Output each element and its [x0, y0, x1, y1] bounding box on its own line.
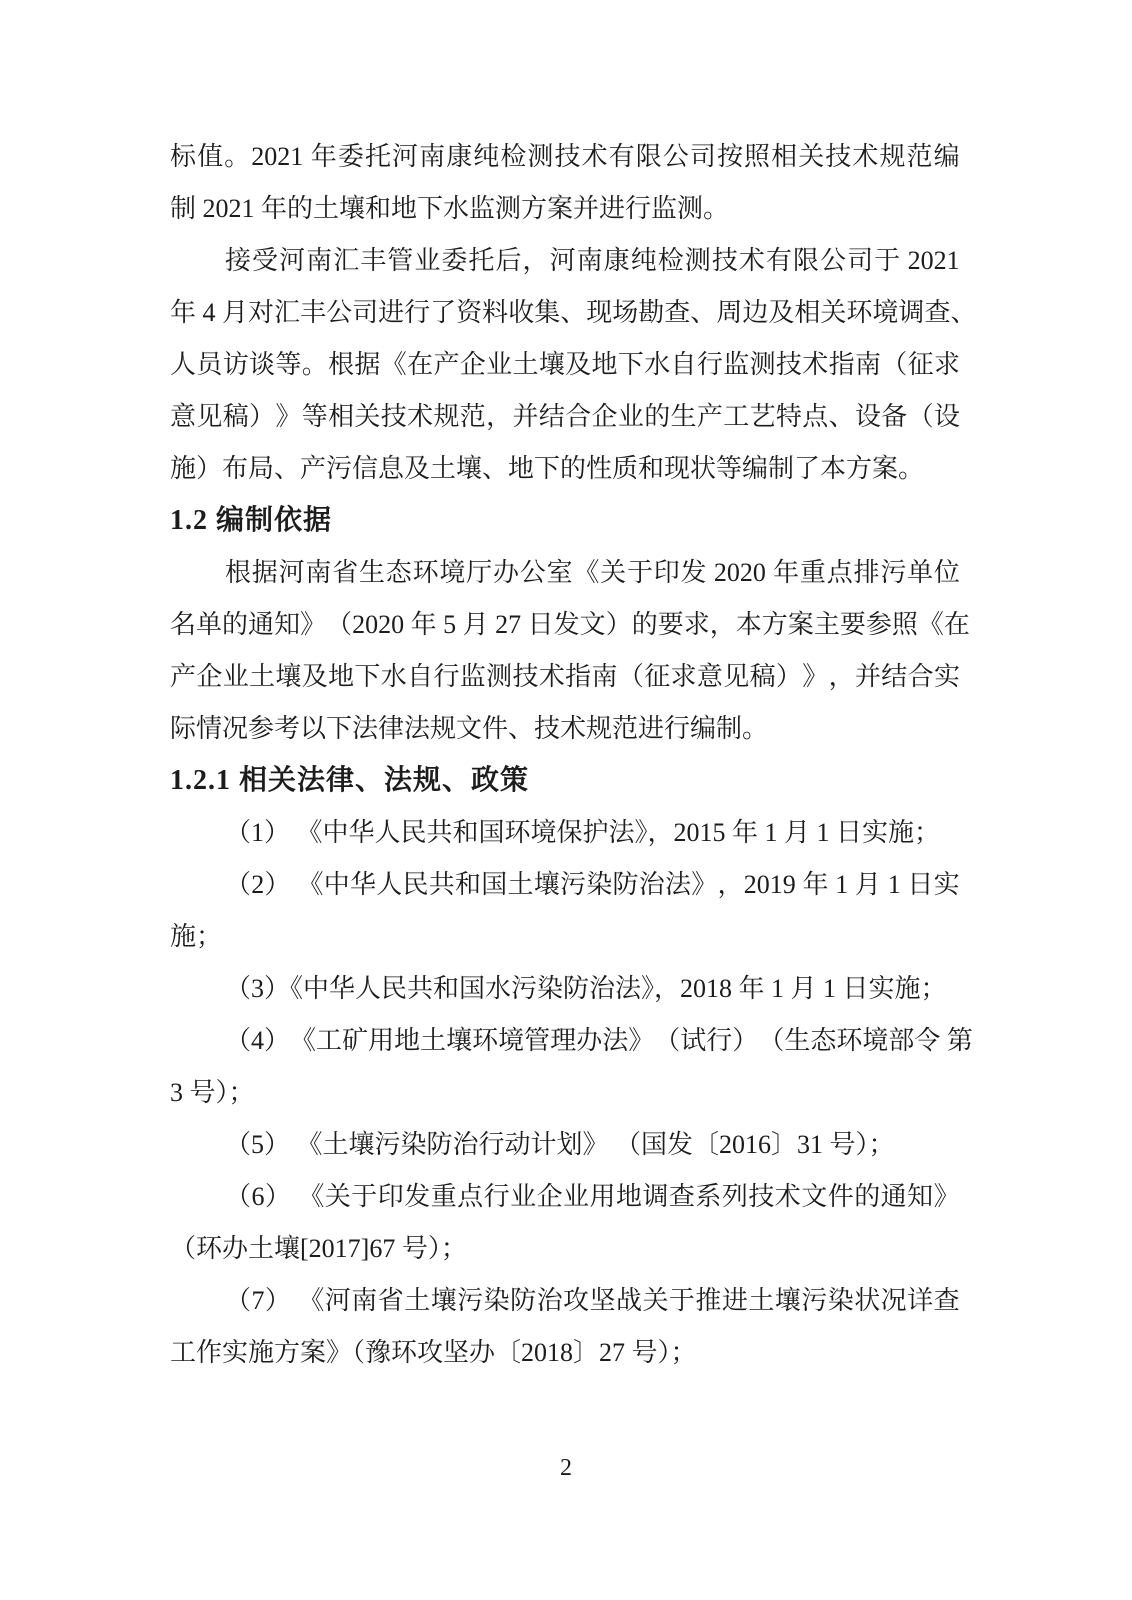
text-line: 人员访谈等。根据《在产企业土壤及地下水自行监测技术指南（征求 [170, 339, 960, 391]
text-line: 接受河南汇丰管业委托后，河南康纯检测技术有限公司于 2021 [170, 235, 960, 287]
text-line: 标值。2021 年委托河南康纯检测技术有限公司按照相关技术规范编 [170, 131, 960, 183]
text-line: 产企业土壤及地下水自行监测技术指南（征求意见稿）》，并结合实 [170, 651, 960, 703]
text-line: 施； [170, 911, 960, 963]
text-line: （5） 《土壤污染防治行动计划》 （国发〔2016〕31 号）； [170, 1119, 960, 1171]
text-line: （环办土壤[2017]67 号）； [170, 1223, 960, 1275]
text-line: 根据河南省生态环境厅办公室《关于印发 2020 年重点排污单位 [170, 547, 960, 599]
text-line: 制 2021 年的土壤和地下水监测方案并进行监测。 [170, 183, 960, 235]
text-line: 施）布局、产污信息及土壤、地下的性质和现状等编制了本方案。 [170, 443, 960, 495]
text-line: （2） 《中华人民共和国土壤污染防治法》，2019 年 1 月 1 日实 [170, 859, 960, 911]
document-content: 标值。2021 年委托河南康纯检测技术有限公司按照相关技术规范编制 2021 年… [170, 131, 960, 1379]
text-line: 工作实施方案》（豫环攻坚办〔2018〕27 号）； [170, 1327, 960, 1379]
text-line: （7） 《河南省土壤污染防治攻坚战关于推进土壤污染状况详查 [170, 1275, 960, 1327]
text-line: （1） 《中华人民共和国环境保护法》，2015 年 1 月 1 日实施； [170, 807, 960, 859]
section-heading: 1.2 编制依据 [170, 495, 960, 547]
text-line: 年 4 月对汇丰公司进行了资料收集、现场勘查、周边及相关环境调查、 [170, 287, 960, 339]
document-page: 标值。2021 年委托河南康纯检测技术有限公司按照相关技术规范编制 2021 年… [0, 0, 1132, 1600]
text-line: 意见稿）》等相关技术规范，并结合企业的生产工艺特点、设备（设 [170, 391, 960, 443]
text-line: （3）《中华人民共和国水污染防治法》，2018 年 1 月 1 日实施； [170, 963, 960, 1015]
text-line: 名单的通知》（2020 年 5 月 27 日发文）的要求，本方案主要参照《在 [170, 599, 960, 651]
section-heading: 1.2.1 相关法律、法规、政策 [170, 755, 960, 807]
text-line: 际情况参考以下法律法规文件、技术规范进行编制。 [170, 703, 960, 755]
text-line: 3 号）； [170, 1067, 960, 1119]
page-number: 2 [0, 1450, 1132, 1486]
text-line: （6） 《关于印发重点行业企业用地调查系列技术文件的通知》 [170, 1171, 960, 1223]
text-line: （4）《工矿用地土壤环境管理办法》（试行）（生态环境部令 第 [170, 1015, 960, 1067]
